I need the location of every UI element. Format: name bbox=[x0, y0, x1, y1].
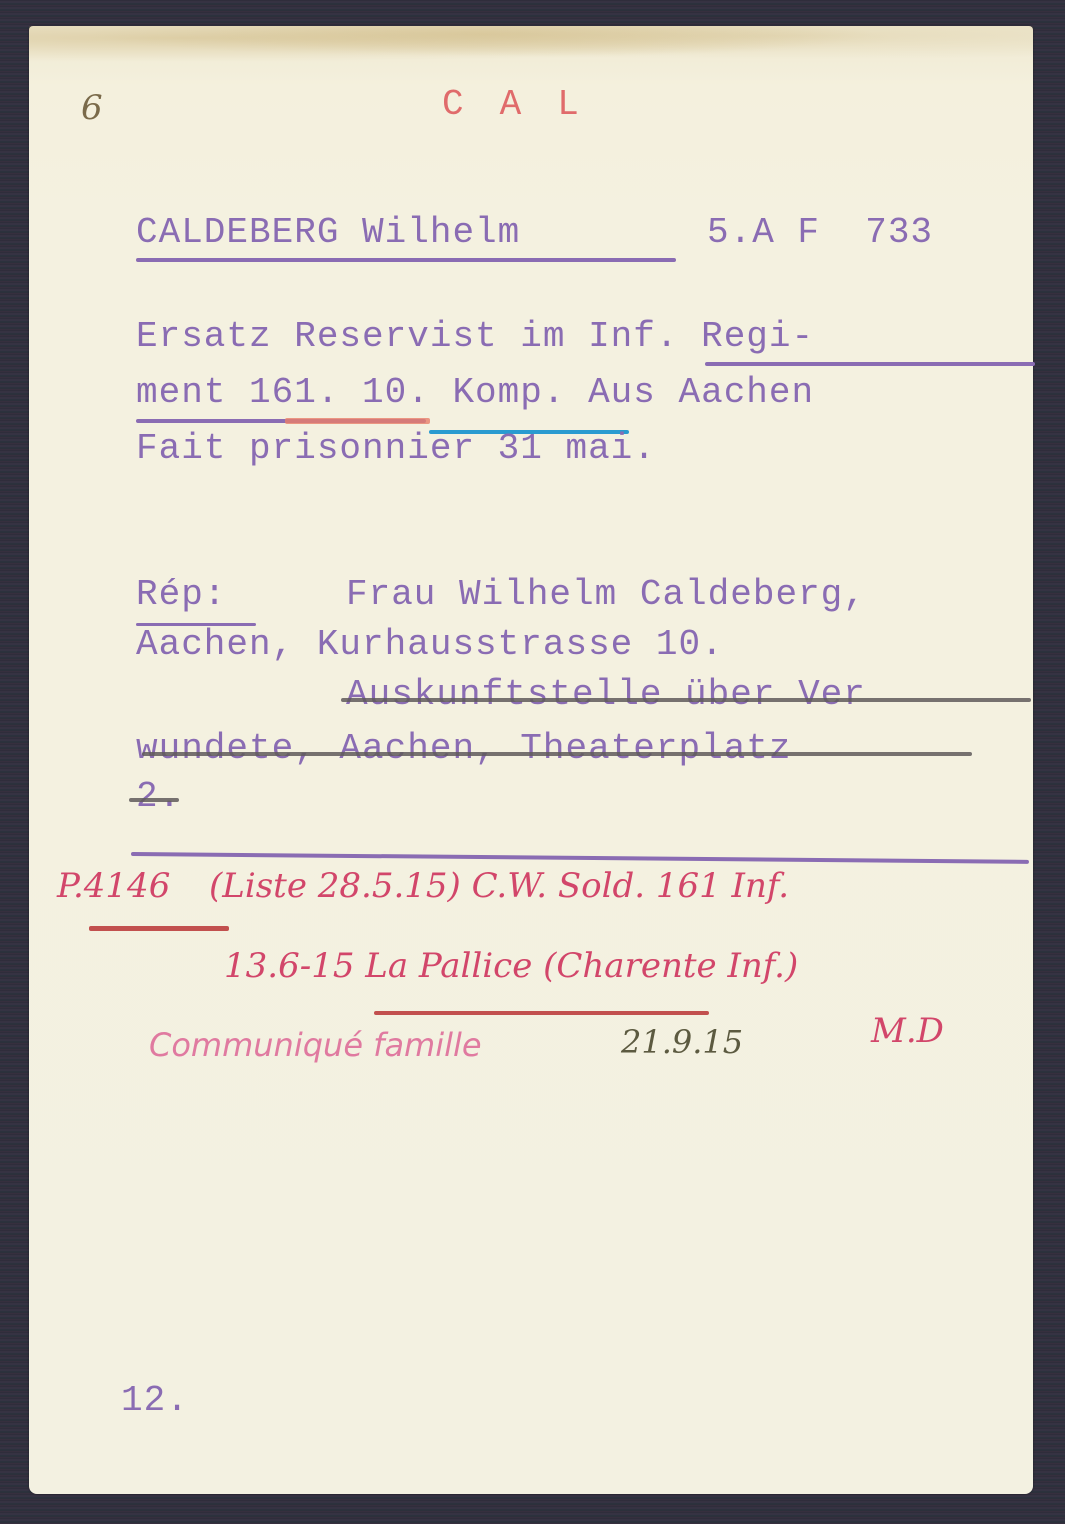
index-card: 6 CAL CALDEBERG Wilhelm 5.A F 733 Ersatz… bbox=[29, 26, 1033, 1494]
info-line-2: ment 161. 10. Komp. Aus Aachen bbox=[136, 372, 814, 413]
struck-line-3: 2. bbox=[136, 776, 181, 817]
rep-line-1: Frau Wilhelm Caldeberg, bbox=[346, 574, 866, 615]
regiment-underline bbox=[705, 362, 1035, 366]
soldier-code: 5.A F 733 bbox=[707, 212, 933, 253]
name-underline bbox=[136, 258, 676, 262]
info-line-3: Fait prisonnier 31 mai. bbox=[136, 428, 656, 469]
age-stain bbox=[29, 26, 1033, 66]
strikethrough-1 bbox=[341, 698, 1031, 702]
footer-number: 12. bbox=[121, 1380, 189, 1421]
struck-line-1: Auskunftstelle über Ver bbox=[346, 674, 866, 715]
initials: M.D bbox=[871, 1011, 944, 1051]
strikethrough-3 bbox=[129, 798, 179, 802]
communique-date: 21.9.15 bbox=[621, 1023, 743, 1061]
orange-underline bbox=[285, 418, 430, 424]
strikethrough-2 bbox=[142, 752, 972, 756]
communique-stamp: Communiqué famille bbox=[149, 1026, 482, 1064]
rep-label: Rép: bbox=[136, 574, 226, 615]
corner-mark: 6 bbox=[81, 88, 103, 128]
handwritten-ref: P.4146 bbox=[57, 866, 170, 906]
soldier-name: CALDEBERG Wilhelm bbox=[136, 212, 520, 253]
handwritten-line-1: (Liste 28.5.15) C.W. Sold. 161 Inf. bbox=[209, 866, 789, 906]
ref-underline bbox=[89, 926, 229, 931]
place-underline bbox=[374, 1011, 709, 1015]
struck-line-2: wundete, Aachen, Theaterplatz bbox=[136, 728, 792, 769]
rep-line-2: Aachen, Kurhausstrasse 10. bbox=[136, 624, 724, 665]
violet-rule bbox=[131, 852, 1029, 864]
handwritten-line-2: 13.6-15 La Pallice (Charente Inf.) bbox=[224, 946, 798, 986]
info-line-1: Ersatz Reservist im Inf. Regi- bbox=[136, 316, 814, 357]
header-code: CAL bbox=[442, 84, 615, 125]
